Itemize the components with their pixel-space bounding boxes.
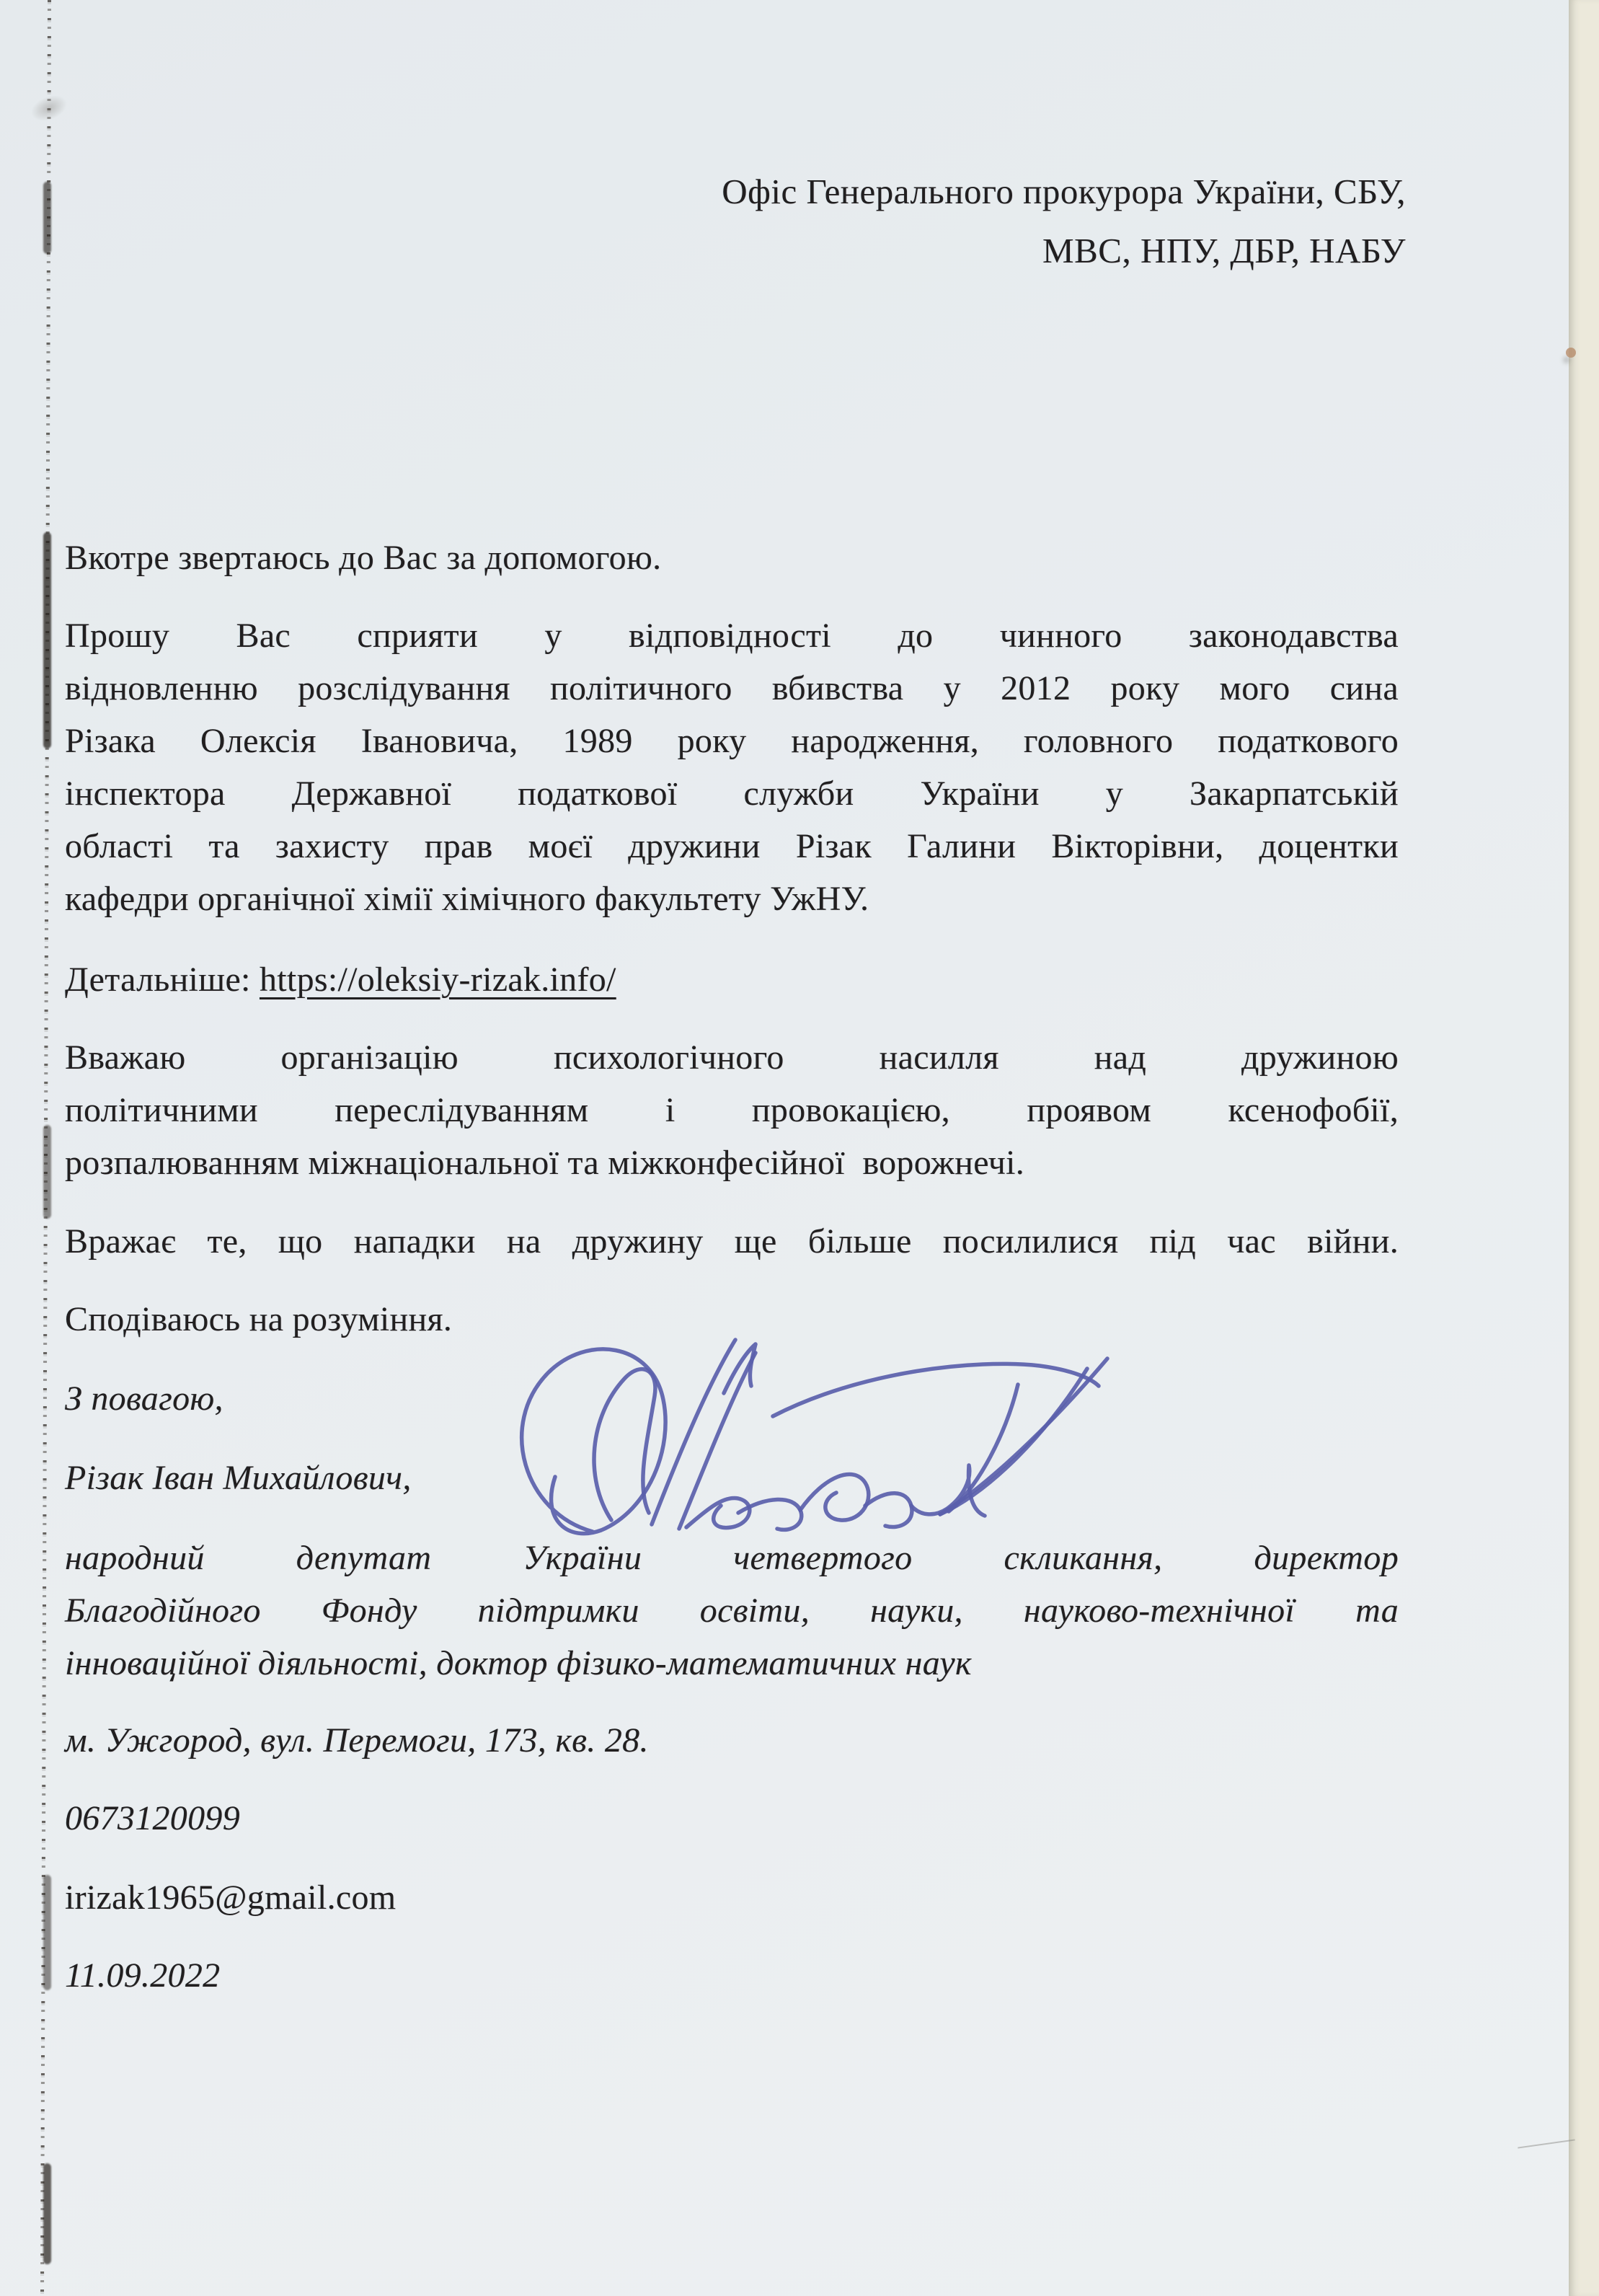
scan-artifact-blob xyxy=(43,1875,51,1990)
date-line: 11.09.2022 xyxy=(65,1949,1399,2002)
scan-artifact-blob xyxy=(43,1125,51,1219)
details-line: Детальніше: https://oleksiy-rizak.info/ xyxy=(65,953,1399,1006)
paragraph-line: розпалюванням міжнаціональної та міжконф… xyxy=(65,1136,1399,1189)
paragraph-line: інспектора Державної податкової служби У… xyxy=(65,767,1399,820)
paragraph-line: Різака Олексія Івановича, 1989 року наро… xyxy=(65,715,1399,767)
paragraph-line: Вважаю організацію психологічного насилл… xyxy=(65,1031,1399,1084)
details-link[interactable]: https://oleksiy-rizak.info/ xyxy=(260,961,616,999)
recipient-line-1: Офіс Генерального прокурора України, СБУ… xyxy=(65,162,1406,221)
paragraph-line: області та захисту прав моєї дружини Різ… xyxy=(65,820,1399,873)
handwritten-signature-icon xyxy=(470,1324,1133,1549)
paragraph-line: кафедри органічної хімії хімічного факул… xyxy=(65,873,1399,925)
signer-title: народний депутат України четвертого скли… xyxy=(65,1532,1399,1690)
address-line: м. Ужгород, вул. Перемоги, 173, кв. 28. xyxy=(65,1714,1399,1767)
signer-title-line: інноваційної діяльності, доктор фізико-м… xyxy=(65,1637,1399,1690)
intro-paragraph: Вкотре звертаюсь до Вас за допомогою. xyxy=(65,531,1399,584)
paper-speck xyxy=(1566,348,1576,358)
scanned-letter-page: Офіс Генерального прокурора України, СБУ… xyxy=(0,0,1599,2296)
opinion-paragraph: Вважаю організацію психологічного насилл… xyxy=(65,1031,1399,1189)
scan-artifact-blob xyxy=(43,182,51,254)
paragraph-line: відновленню розслідування політичного вб… xyxy=(65,662,1399,715)
scan-scratch xyxy=(1518,2139,1575,2148)
paragraph-line: політичними переслідуванням і провокаціє… xyxy=(65,1084,1399,1136)
scan-artifact-blob xyxy=(43,532,51,749)
phone-line: 0673120099 xyxy=(65,1792,1399,1845)
paragraph-line: Прошу Вас сприяти у відповідності до чин… xyxy=(65,609,1399,662)
recipient-block: Офіс Генерального прокурора України, СБУ… xyxy=(65,162,1406,281)
scanner-background-strip xyxy=(1569,0,1599,2296)
scan-artifact-blob xyxy=(43,2163,51,2264)
email-line: irizak1965@gmail.com xyxy=(65,1871,1399,1924)
recipient-line-2: МВС, НПУ, ДБР, НАБУ xyxy=(65,221,1406,281)
details-label: Детальніше: xyxy=(65,961,260,999)
signer-title-line: Благодійного Фонду підтримки освіти, нау… xyxy=(65,1584,1399,1637)
scan-smudge xyxy=(27,90,71,125)
war-note-paragraph: Вражає те, що нападки на дружину ще біль… xyxy=(65,1215,1399,1268)
request-paragraph: Прошу Вас сприяти у відповідності до чин… xyxy=(65,609,1399,925)
